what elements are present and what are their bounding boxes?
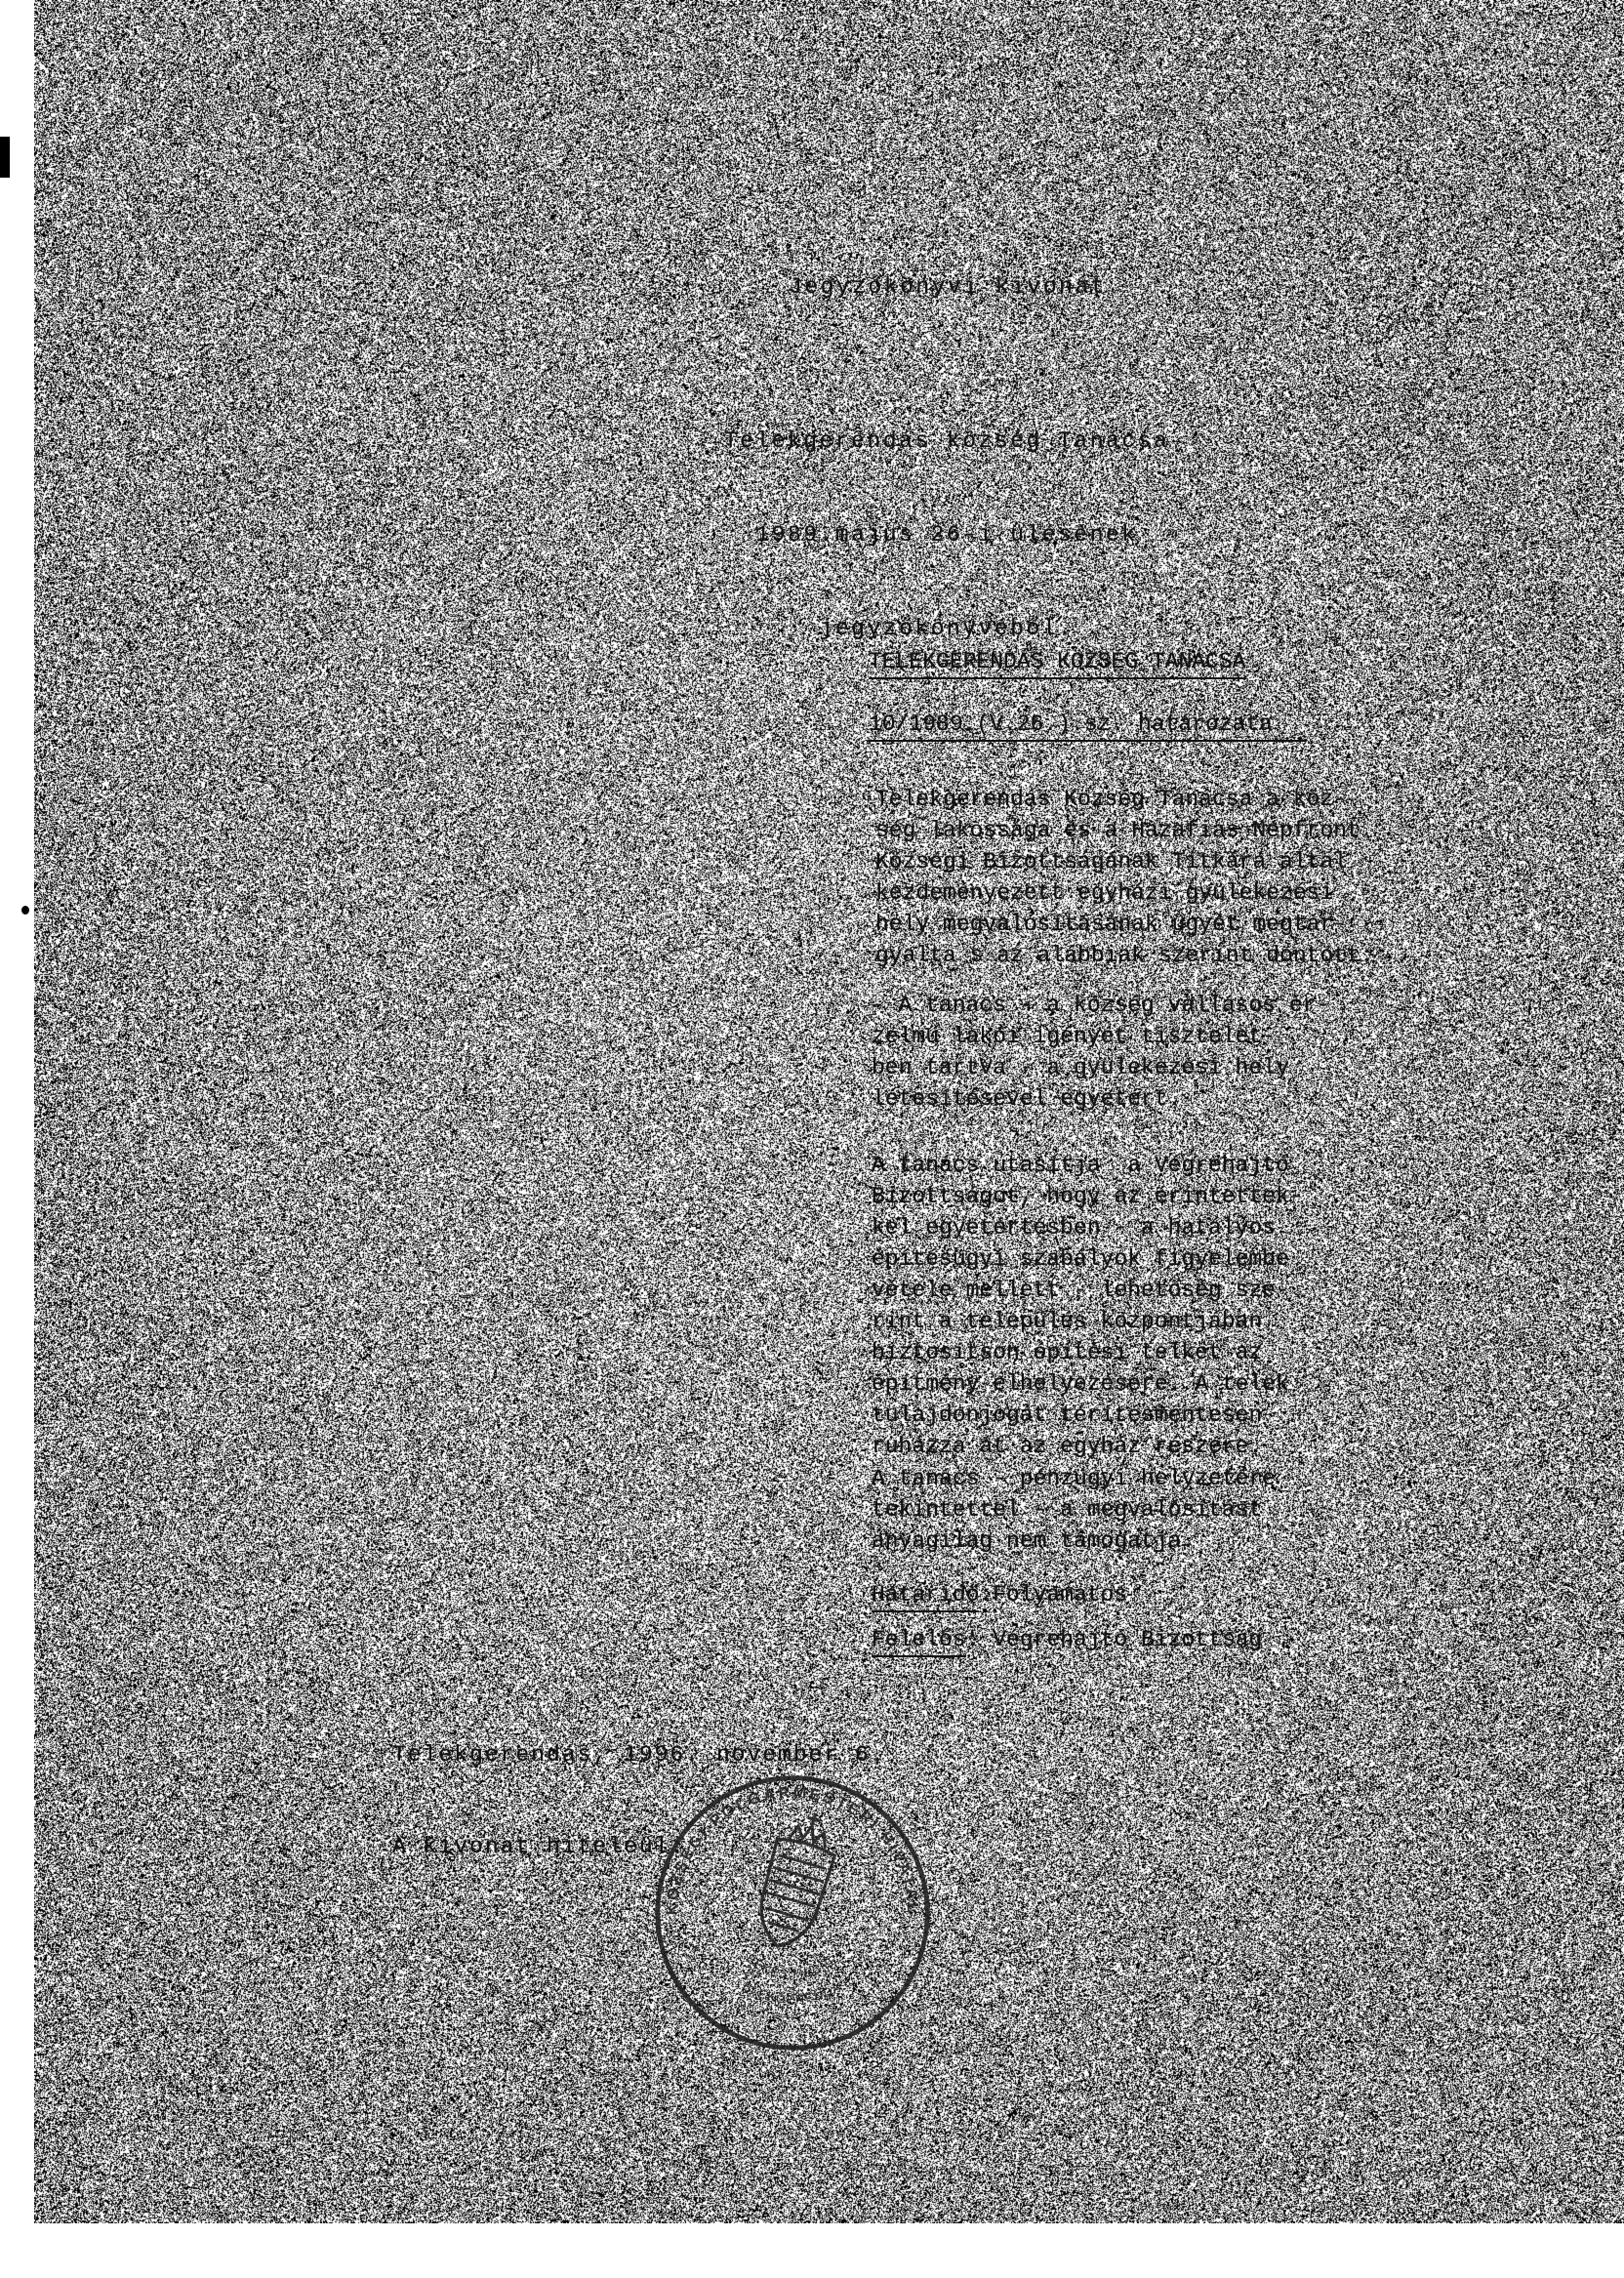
- deadline-row: Határidő:Folyamatos: [872, 1579, 1127, 1610]
- separator-dot: .: [1097, 533, 1111, 564]
- date-line: Telekgerendás, 1996. november 6.: [392, 1739, 886, 1770]
- subtitle-line-council: Telekgerendás község Tanácsa: [683, 426, 1210, 457]
- stamp-star-left: *: [693, 1943, 699, 1960]
- responsible-value: : Végrehajtó Bizottság: [966, 1627, 1263, 1652]
- attestation-line: A kivonat hiteléül:: [392, 1831, 685, 1862]
- coat-of-arms: [749, 1805, 844, 1955]
- resolution-point-1: - A tanács - a község vallásos ér- zelmű…: [825, 990, 1329, 1115]
- resolution-point-3-text: A tanács - pénzügyi helyzetére tekintett…: [872, 1463, 1276, 1557]
- stamp-ring-text: KÖZSÉGI POLGÁRMESTERI HIVATAL: [664, 1784, 922, 1916]
- resolution-number-heading: 10/1989.(V.26.).sz. határozata: [869, 709, 1306, 740]
- coat-of-arms-shield: [749, 1836, 835, 1955]
- resolution-point-2-text: A tanács utasítja a Végrehajtó Bizottság…: [872, 1150, 1303, 1462]
- scan-artifact-speck: [21, 906, 29, 915]
- council-heading-text: TELEKGERENDÁS KÖZSÉG TANÁCSA: [869, 649, 1245, 679]
- document-title: Jegyzőkönyvi kivonat: [789, 271, 1107, 303]
- bullet-dash: -: [825, 1150, 838, 1181]
- subtitle-line-session: 1989.május 26-i ülésének: [683, 519, 1210, 550]
- shield-stripe: [766, 1892, 816, 1907]
- council-heading: TELEKGERENDÁS KÖZSÉG TANÁCSA: [869, 646, 1245, 677]
- resolution-point-3: - A tanács - pénzügyi helyzetére tekinte…: [825, 1463, 1276, 1557]
- bullet-dash: -: [825, 1463, 838, 1494]
- stamp-ring: [658, 1778, 927, 2048]
- resolution-point-1-text: - A tanács - a község vallásos ér- zelmű…: [872, 990, 1329, 1115]
- responsible-label: Felelős: [872, 1627, 966, 1657]
- stamp-star-right: *: [884, 1943, 890, 1960]
- stamp-county-text: BÉKÉS MEGYE: [744, 1952, 842, 1982]
- resolution-point-2: - A tanács utasítja a Végrehajtó Bizotts…: [825, 1150, 1303, 1462]
- subtitle-line-minutes: jegyzőkönyvéből.: [683, 613, 1210, 644]
- scanned-document-page: Jegyzőkönyvi kivonat Telekgerendás közsé…: [0, 0, 1624, 2278]
- deadline-label: Határidő: [872, 1582, 979, 1612]
- crown-cross: [806, 1811, 823, 1828]
- deadline-value: :Folyamatos: [979, 1582, 1127, 1607]
- scan-artifact-speck: [0, 137, 10, 178]
- resolution-number-text: 10/1989.(V.26.).sz. határozata: [869, 712, 1306, 742]
- shield-stripe: [779, 1855, 826, 1869]
- responsible-row: Felelős: Végrehajtó Bizottság: [872, 1624, 1262, 1655]
- intro-paragraph: Telekgerendás Község Tanácsa a köz- ség …: [875, 784, 1374, 971]
- shield-stripe: [765, 1908, 808, 1921]
- official-round-stamp: KÖZSÉGI POLGÁRMESTERI HIVATAL * * BÉKÉS …: [652, 1772, 933, 2054]
- shield-stripe: [773, 1867, 824, 1882]
- shield-stripe: [768, 1923, 798, 1932]
- shield-stripe: [769, 1880, 820, 1894]
